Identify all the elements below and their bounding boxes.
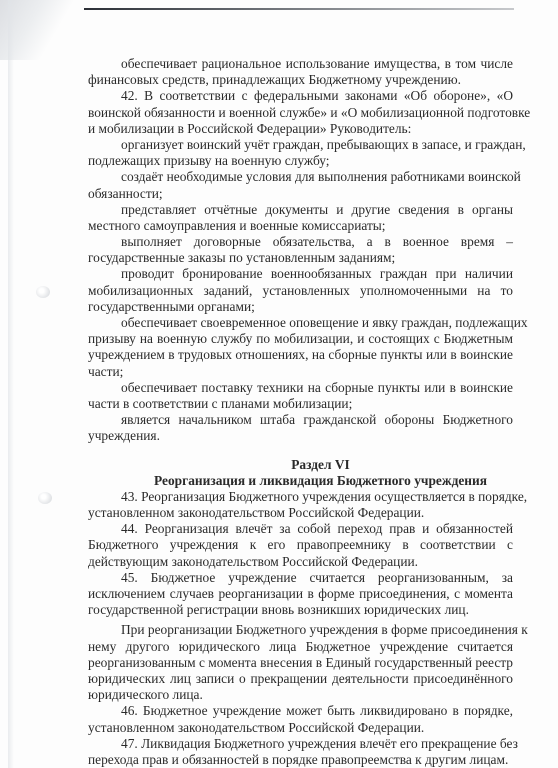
text-line: государственные заказы по установленным … bbox=[88, 250, 513, 266]
text-line: мобилизационных заданий, установленных у… bbox=[88, 283, 513, 299]
text-line: выполняет договорные обязательства, а в … bbox=[88, 234, 513, 250]
text-line: обеспечивает рациональное использование … bbox=[88, 56, 513, 72]
text-line: реорганизованным с момента внесения в Ед… bbox=[88, 655, 513, 671]
text-line: части в соответствии с планами мобилизац… bbox=[88, 396, 513, 412]
document-body: обеспечивает рациональное использование … bbox=[88, 56, 513, 768]
text-line: 42. В соответствии с федеральными закона… bbox=[88, 88, 513, 104]
list-item: организует воинский учёт граждан, пребыв… bbox=[88, 137, 513, 169]
section-header: Раздел VI Реорганизация и ликвидация Бюд… bbox=[88, 457, 513, 489]
text-line: финансовых средств, принадлежащих Бюджет… bbox=[88, 72, 513, 88]
paragraph-46: 46. Бюджетное учреждение может быть ликв… bbox=[88, 703, 513, 735]
text-line: организует воинский учёт граждан, пребыв… bbox=[88, 137, 513, 153]
text-line: создаёт необходимые условия для выполнен… bbox=[88, 169, 513, 185]
paragraph-47: 47. Ликвидация Бюджетного учреждения вле… bbox=[88, 736, 513, 768]
text-line: установленном законодательством Российск… bbox=[88, 505, 513, 521]
paragraph-45-continued: При реорганизации Бюджетного учреждения … bbox=[88, 622, 513, 703]
list-item: проводит бронирование военнообязанных гр… bbox=[88, 266, 513, 315]
text-line: 45. Бюджетное учреждение считается реорг… bbox=[88, 570, 513, 586]
text-line: перехода прав и обязанностей в порядке п… bbox=[88, 752, 513, 768]
text-line: воинской обязанности и военной службе» и… bbox=[88, 105, 513, 121]
text-line: обеспечивает поставку техники на сборные… bbox=[88, 380, 513, 396]
text-line: действующим законодательством Российской… bbox=[88, 554, 513, 570]
text-line: нему другого юридического лица Бюджетное… bbox=[88, 639, 513, 655]
text-line: части; bbox=[88, 364, 513, 380]
paragraph-44: 44. Реорганизация влечёт за собой перехо… bbox=[88, 521, 513, 570]
list-item: обеспечивает своевременное оповещение и … bbox=[88, 315, 513, 380]
text-line: представляет отчётные документы и другие… bbox=[88, 202, 513, 218]
text-line: местного самоуправления и военные комисс… bbox=[88, 218, 513, 234]
text-line: Бюджетного учреждения к его правопреемни… bbox=[88, 537, 513, 553]
text-line: исключением случаев реорганизации в форм… bbox=[88, 586, 513, 602]
text-line: проводит бронирование военнообязанных гр… bbox=[88, 266, 513, 282]
list-item: выполняет договорные обязательства, а в … bbox=[88, 234, 513, 266]
section-number: Раздел VI bbox=[88, 457, 513, 473]
text-line: 43. Реорганизация Бюджетного учреждения … bbox=[88, 489, 513, 505]
list-item: создаёт необходимые условия для выполнен… bbox=[88, 169, 513, 201]
text-line: 44. Реорганизация влечёт за собой перехо… bbox=[88, 521, 513, 537]
text-line: учреждения. bbox=[88, 428, 513, 444]
punch-hole-mark bbox=[38, 492, 52, 504]
text-line: призыву на военную службу по мобилизации… bbox=[88, 331, 513, 347]
text-line: подлежащих призыву на военную службу; bbox=[88, 153, 513, 169]
text-line: 47. Ликвидация Бюджетного учреждения вле… bbox=[88, 736, 513, 752]
scan-top-edge-line bbox=[84, 8, 514, 10]
text-line: 46. Бюджетное учреждение может быть ликв… bbox=[88, 703, 513, 719]
scan-shadow-edge bbox=[8, 0, 14, 768]
paragraph-42: 42. В соответствии с федеральными закона… bbox=[88, 88, 513, 137]
text-line: и мобилизации в Российской Федерации» Ру… bbox=[88, 121, 513, 137]
text-line: обеспечивает своевременное оповещение и … bbox=[88, 315, 513, 331]
list-item: обеспечивает поставку техники на сборные… bbox=[88, 380, 513, 412]
text-line: установленном законодательством Российск… bbox=[88, 720, 513, 736]
text-line: юридических лиц записи о прекращении дея… bbox=[88, 671, 513, 687]
text-line: является начальником штаба гражданской о… bbox=[88, 412, 513, 428]
section-title: Реорганизация и ликвидация Бюджетного уч… bbox=[88, 473, 513, 489]
list-item: представляет отчётные документы и другие… bbox=[88, 202, 513, 234]
text-line: юридического лица. bbox=[88, 687, 513, 703]
punch-hole-mark bbox=[36, 286, 50, 298]
paragraph-43: 43. Реорганизация Бюджетного учреждения … bbox=[88, 489, 513, 521]
paragraph-45: 45. Бюджетное учреждение считается реорг… bbox=[88, 570, 513, 619]
text-line: государственными органами; bbox=[88, 299, 513, 315]
text-line: государственной регистрации вновь возник… bbox=[88, 602, 513, 618]
list-item: является начальником штаба гражданской о… bbox=[88, 412, 513, 444]
spacer bbox=[88, 445, 513, 457]
text-line: При реорганизации Бюджетного учреждения … bbox=[88, 622, 513, 638]
text-line: учреждением в трудовых отношениях, на сб… bbox=[88, 347, 513, 363]
scanned-page: обеспечивает рациональное использование … bbox=[0, 0, 558, 768]
text-line: обязанности; bbox=[88, 186, 513, 202]
paragraph: обеспечивает рациональное использование … bbox=[88, 56, 513, 88]
